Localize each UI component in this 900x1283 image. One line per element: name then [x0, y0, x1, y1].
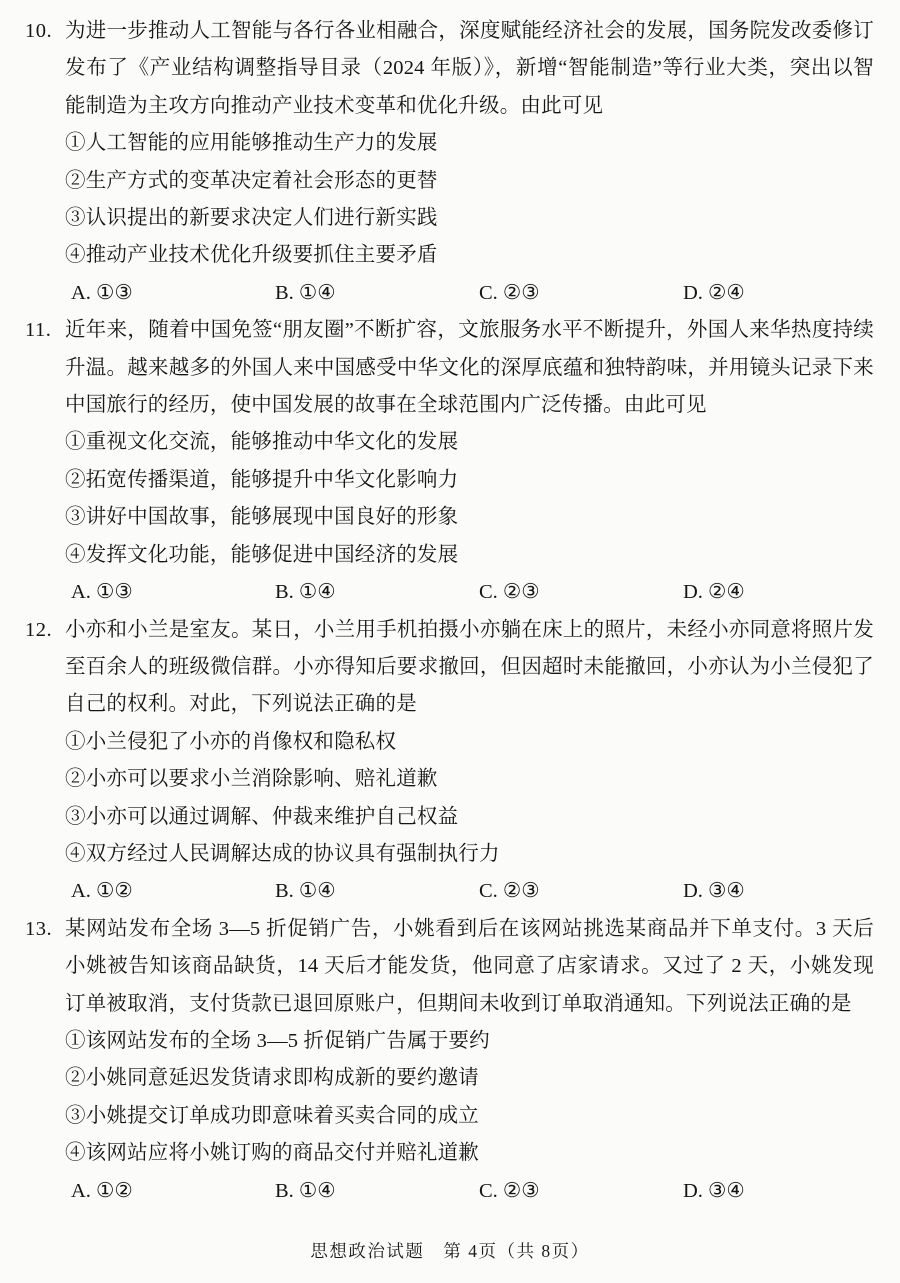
- exam-page: 10. 为进一步推动人工智能与各行各业相融合，深度赋能经济社会的发展，国务院发改…: [0, 0, 900, 1283]
- choice-c: C. ②③: [479, 1173, 683, 1210]
- question-11: 11. 近年来，随着中国免签“朋友圈”不断扩容，文旅服务水平不断提升，外国人来华…: [25, 312, 874, 611]
- question-number: 12.: [25, 612, 52, 649]
- statement-item: ④双方经过人民调解达成的协议具有强制执行力: [65, 836, 874, 873]
- choices-row: A. ①② B. ①④ C. ②③ D. ③④: [65, 1173, 874, 1210]
- question-stem: 近年来，随着中国免签“朋友圈”不断扩容，文旅服务水平不断提升，外国人来华热度持续…: [65, 312, 874, 424]
- statement-item: ③小姚提交订单成功即意味着买卖合同的成立: [65, 1098, 874, 1135]
- choice-b: B. ①④: [275, 873, 479, 910]
- question-number: 11.: [25, 312, 51, 349]
- choice-a: A. ①③: [71, 275, 275, 312]
- statement-item: ①人工智能的应用能够推动生产力的发展: [65, 125, 874, 162]
- choice-d: D. ②④: [683, 574, 745, 611]
- question-13: 13. 某网站发布全场 3—5 折促销广告，小姚看到后在该网站挑选某商品并下单支…: [25, 911, 874, 1210]
- choice-d: D. ③④: [683, 1173, 745, 1210]
- statement-item: ①小兰侵犯了小亦的肖像权和隐私权: [65, 724, 874, 761]
- choice-a: A. ①②: [71, 873, 275, 910]
- statement-item: ③认识提出的新要求决定人们进行新实践: [65, 200, 874, 237]
- choices-row: A. ①② B. ①④ C. ②③ D. ③④: [65, 873, 874, 910]
- choice-b: B. ①④: [275, 1173, 479, 1210]
- statement-item: ④推动产业技术优化升级要抓住主要矛盾: [65, 237, 874, 274]
- page-footer: 思想政治试题 第 4页（共 8页）: [0, 1238, 900, 1263]
- statement-item: ①重视文化交流，能够推动中华文化的发展: [65, 424, 874, 461]
- statement-item: ④该网站应将小姚订购的商品交付并赔礼道歉: [65, 1135, 874, 1172]
- question-stem: 小亦和小兰是室友。某日，小兰用手机拍摄小亦躺在床上的照片，未经小亦同意将照片发至…: [65, 612, 874, 724]
- question-stem: 某网站发布全场 3—5 折促销广告，小姚看到后在该网站挑选某商品并下单支付。3 …: [65, 911, 874, 1023]
- choice-b: B. ①④: [275, 574, 479, 611]
- question-10: 10. 为进一步推动人工智能与各行各业相融合，深度赋能经济社会的发展，国务院发改…: [25, 13, 874, 312]
- choice-c: C. ②③: [479, 275, 683, 312]
- statement-item: ③讲好中国故事，能够展现中国良好的形象: [65, 499, 874, 536]
- statement-item: ②小亦可以要求小兰消除影响、赔礼道歉: [65, 761, 874, 798]
- question-number: 10.: [25, 13, 52, 50]
- question-stem: 为进一步推动人工智能与各行各业相融合，深度赋能经济社会的发展，国务院发改委修订发…: [65, 13, 874, 125]
- statement-item: ③小亦可以通过调解、仲裁来维护自己权益: [65, 799, 874, 836]
- statement-item: ①该网站发布的全场 3—5 折促销广告属于要约: [65, 1023, 874, 1060]
- choice-c: C. ②③: [479, 873, 683, 910]
- statement-item: ④发挥文化功能，能够促进中国经济的发展: [65, 537, 874, 574]
- choice-d: D. ③④: [683, 873, 745, 910]
- statement-item: ②拓宽传播渠道，能够提升中华文化影响力: [65, 462, 874, 499]
- choice-b: B. ①④: [275, 275, 479, 312]
- choice-a: A. ①③: [71, 574, 275, 611]
- choices-row: A. ①③ B. ①④ C. ②③ D. ②④: [65, 275, 874, 312]
- choices-row: A. ①③ B. ①④ C. ②③ D. ②④: [65, 574, 874, 611]
- statement-item: ②生产方式的变革决定着社会形态的更替: [65, 163, 874, 200]
- choice-a: A. ①②: [71, 1173, 275, 1210]
- question-number: 13.: [25, 911, 52, 948]
- choice-c: C. ②③: [479, 574, 683, 611]
- statement-item: ②小姚同意延迟发货请求即构成新的要约邀请: [65, 1060, 874, 1097]
- choice-d: D. ②④: [683, 275, 745, 312]
- question-12: 12. 小亦和小兰是室友。某日，小兰用手机拍摄小亦躺在床上的照片，未经小亦同意将…: [25, 612, 874, 911]
